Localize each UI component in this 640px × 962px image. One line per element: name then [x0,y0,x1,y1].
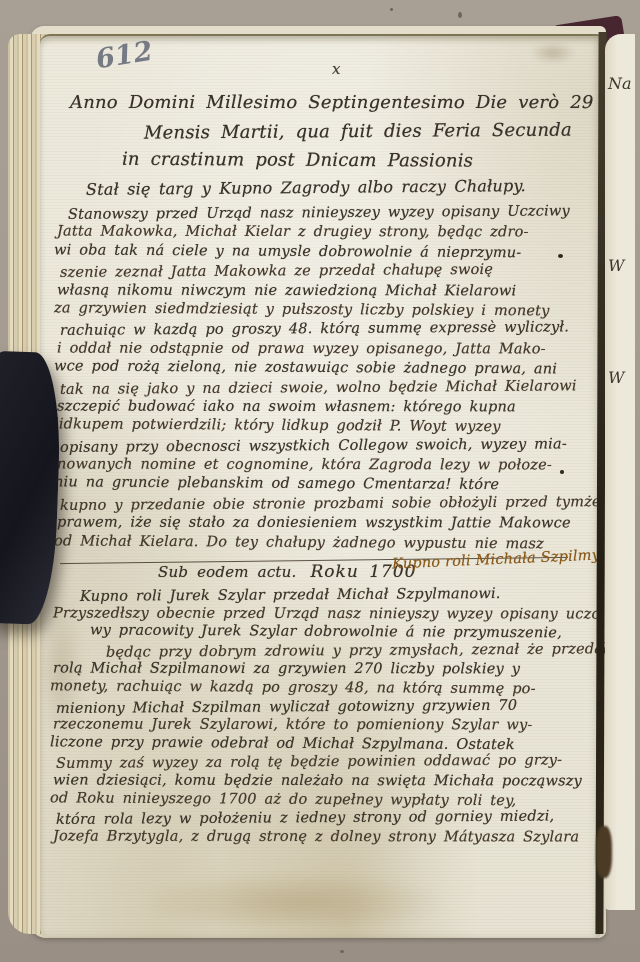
manuscript-line: wien dziesiąci, komu będzie należało na … [53,771,610,791]
manuscript-line: rolą Michał Szpilmanowi za grzywien 270 … [53,660,610,680]
next-page-text-fragment: W [608,256,624,275]
manuscript-line: własną nikomu niwczym nie zawiedzioną Mi… [57,281,601,301]
next-page-text-fragment: W [608,368,624,387]
next-page-text-fragment: Na [608,74,632,93]
manuscript-photo: 612 x Anno Domini Millesimo Septingentes… [0,0,640,962]
heading-line: Anno Domini Millesimo Septingentesimo Di… [70,88,594,117]
stain [530,42,576,64]
manuscript-line: kupno y przedanie obie stronie prozbami … [60,493,601,516]
manuscript-line: szczepić budować iako na swoim własnem: … [57,397,601,417]
manuscript-line: opisany przy obecnosci wszystkich Colleg… [60,435,601,458]
manuscript-page: 612 x Anno Domini Millesimo Septingentes… [40,34,600,938]
next-page-edge: Na W W [605,34,635,910]
entry1-body: Stanowszy przed Urząd nasz ninieyszey wy… [54,204,601,553]
manuscript-line: rzeczonemu Jurek Szylarowi, które to pom… [53,716,610,736]
stain [140,871,450,933]
gutter-ink-stain [596,826,612,878]
entry2-header-latin: Sub eodem actu. [158,563,297,581]
manuscript-line: tak na się jako y na dzieci swoie, wolno… [60,377,601,400]
manuscript-line: która rola lezy w położeniu z iedney str… [56,807,610,829]
heading-line: in crastinum post Dnicam Passionis [122,145,594,176]
heading-line: Mensis Martii, qua fuit dies Feria Secun… [144,115,594,147]
manuscript-line: Summy zaś wyzey za rolą tę będzie powini… [56,751,610,773]
manuscript-line: szenie zeznał Jatta Makowka ze przedał c… [60,260,601,283]
top-cross-mark: x [332,60,341,78]
manuscript-line: Kupno roli Jurek Szylar przedał Michał S… [80,584,610,606]
entry1-date-heading: Anno Domini Millesimo Septingentesimo Di… [70,88,594,175]
manuscript-line: Jatta Makowka, Michał Kielar z drugiey s… [57,223,601,243]
entry1-title: Stał się targ y Kupno Zagrody albo raczy… [86,176,526,199]
manuscript-line: rachuiąc w kazdą po groszy 48. którą sum… [60,318,601,341]
entry2-body: Kupno roli Jurek Szylar przedał Michał S… [50,586,610,846]
folio-number: 612 [94,36,155,76]
manuscript-line: prawem, iże się stało za doniesieniem ws… [57,514,601,534]
entry2-header: Sub eodem actu.Roku 1700 [158,562,416,582]
background-speck [390,8,393,11]
manuscript-line: Jozefa Brzytygla, z drugą stronę z dolne… [53,827,610,847]
background-speck [458,12,462,18]
manuscript-line: i oddał nie odstąpnie od prawa wyzey opi… [57,339,601,359]
background-speck [340,950,344,953]
